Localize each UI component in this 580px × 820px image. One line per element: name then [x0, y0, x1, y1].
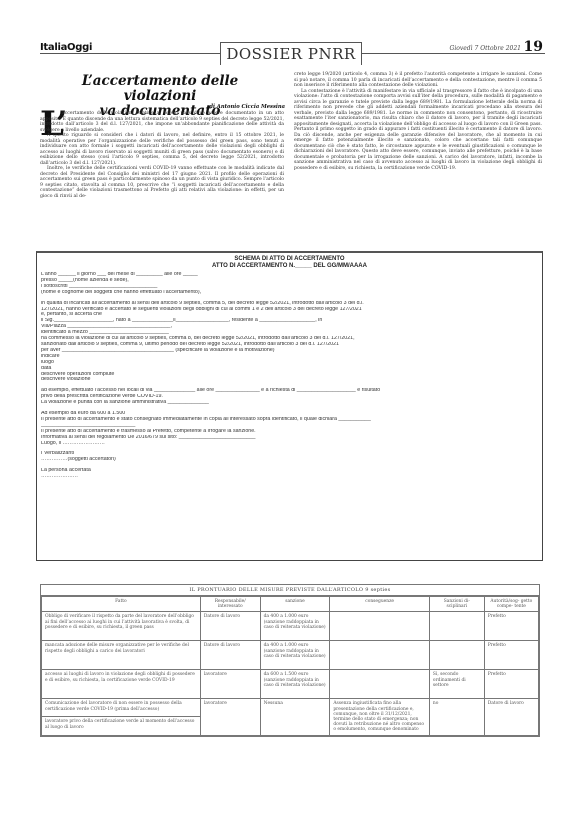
table-header-cell: Responsabile/ interessato — [200, 596, 260, 612]
table-cell — [330, 612, 430, 641]
article-column-1: accertamento delle violazioni relative a… — [40, 111, 284, 199]
form-title: SCHEMA DI ATTO DI ACCERTAMENTO ATTO DI A… — [37, 256, 542, 269]
header-rule-right — [361, 53, 545, 54]
article-byline: di Antonio Ciccia Messina — [160, 104, 285, 110]
table-cell: Prefetto — [484, 612, 539, 641]
article-title-line-1: L’accertamento delle violazioni — [60, 74, 260, 104]
table-cell: lavoratore — [200, 670, 260, 699]
table-cell: Obbligo di verificare il rispetto da par… — [41, 612, 200, 641]
table-body: Obbligo di verificare il rispetto da par… — [41, 612, 539, 736]
article-paragraph: Inoltre, le verifiche delle certificazio… — [40, 166, 284, 199]
table-header-cell: Autorità/sog- getto compe- tente — [484, 596, 539, 612]
table-cell: Datore di lavoro — [200, 612, 260, 641]
measures-table-wrapper: IL PRONTUARIO DELLE MISURE PREVISTE DALL… — [40, 584, 540, 737]
header-rule-left — [40, 53, 220, 54]
table-caption: IL PRONTUARIO DELLE MISURE PREVISTE DALL… — [40, 584, 540, 595]
issue-date: Giovedì 7 Ottobre 2021 — [450, 45, 521, 52]
table-cell — [429, 612, 484, 641]
table-header-cell: Fatto — [41, 596, 200, 612]
table-cell — [330, 670, 430, 699]
table-row: mancata adozione delle misure organizzat… — [41, 641, 539, 670]
table-cell: no — [429, 699, 484, 736]
page-number: 19 — [524, 39, 543, 55]
newspaper-logo: ItaliaOggi — [40, 42, 92, 53]
table-cell: Assenza ingiustificata fino alla present… — [330, 699, 430, 736]
article-paragraph: A questo riguardo si consideri che i dat… — [40, 133, 284, 166]
table-cell: Sì, secondo ordinamenti di settore — [429, 670, 484, 699]
table-cell: Datore di lavoro — [200, 641, 260, 670]
form-title-line-1: SCHEMA DI ATTO DI ACCERTAMENTO — [37, 256, 542, 263]
table-header-cell: Sanzioni di- sciplinari — [429, 596, 484, 612]
table-cell: da 400 a 1.000 euro (sanzione raddoppiat… — [260, 641, 330, 670]
article-column-2: creto legge 19/2020 (articolo 4, comma 3… — [294, 72, 542, 171]
table-row: Obbligo di verificare il rispetto da par… — [41, 612, 539, 641]
page-header: ItaliaOggi DOSSIER PNRR Giovedì 7 Ottobr… — [40, 38, 545, 64]
table-cell: Prefetto — [484, 641, 539, 670]
table-cell: Comunicazione del lavoratore di non esse… — [41, 699, 200, 717]
form-body: L’anno ______ il giorno ___ del mese di … — [41, 272, 538, 480]
table-header-row: FattoResponsabile/ interessatosanzioneco… — [41, 596, 539, 612]
table-cell: Datore di lavoro — [484, 699, 539, 736]
table-cell: Nessuna — [260, 699, 330, 736]
table-cell: lavoratore privo della certificazione ve… — [41, 717, 200, 736]
article-paragraph: La contestazione è l’attività di manifes… — [294, 89, 542, 172]
form-line: ………………… — [41, 474, 538, 480]
table-cell: mancata adozione delle misure organizzat… — [41, 641, 200, 670]
table-cell — [429, 641, 484, 670]
article-paragraph: accertamento delle violazioni relative a… — [40, 111, 284, 133]
table-cell: da 400 a 1.000 euro (sanzione raddoppiat… — [260, 612, 330, 641]
table-cell: lavoratore — [200, 699, 260, 736]
table-cell: accesso ai luoghi di lavoro in violazion… — [41, 670, 200, 699]
article-paragraph: creto legge 19/2020 (articolo 4, comma 3… — [294, 72, 542, 89]
measures-table: FattoResponsabile/ interessatosanzioneco… — [40, 595, 540, 737]
table-cell — [330, 641, 430, 670]
table-header-cell: sanzione — [260, 596, 330, 612]
table-cell: Prefetto — [484, 670, 539, 699]
table-row: Comunicazione del lavoratore di non esse… — [41, 699, 539, 717]
form-title-line-2: ATTO DI ACCERTAMENTO N._____ DEL GG/MM/A… — [37, 263, 542, 270]
form-template-box: SCHEMA DI ATTO DI ACCERTAMENTO ATTO DI A… — [36, 251, 543, 561]
table-row: accesso ai luoghi di lavoro in violazion… — [41, 670, 539, 699]
table-header-cell: conseguenze — [330, 596, 430, 612]
section-title: DOSSIER PNRR — [220, 42, 362, 65]
table-cell: da 600 a 1.500 euro (sanzione raddoppiat… — [260, 670, 330, 699]
